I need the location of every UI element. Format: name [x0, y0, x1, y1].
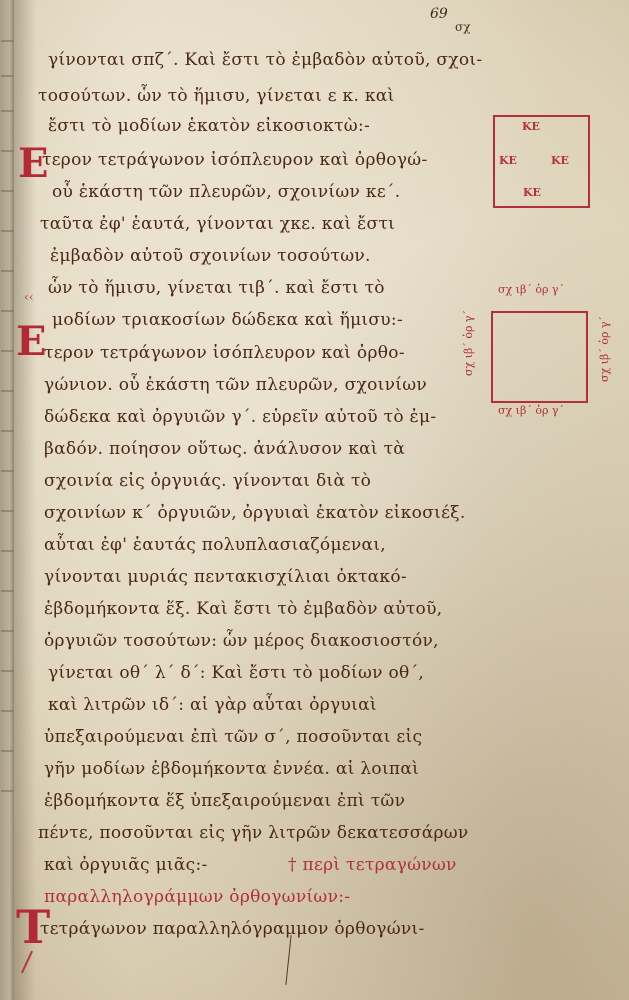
text-line-12: δώδεκα καὶ ὀργυιῶν γ΄. εὑρεῖν αὐτοῦ τὸ ἐ… — [44, 407, 436, 427]
text-line-24: ἑβδομήκοντα ἕξ ὑπεξαιρούμεναι ἐπὶ τῶν — [44, 791, 405, 811]
text-line-26: καὶ ὀργυιᾶς μιᾶς:- — [44, 855, 208, 875]
text-line-9: μοδίων τριακοσίων δώδεκα καὶ ἥμισυ:- — [52, 310, 403, 330]
square-diagram-12 — [491, 311, 588, 403]
text-line-18: ἑβδομήκοντα ἕξ. Καὶ ἔστι τὸ ἐμβαδὸν αὐτο… — [44, 599, 442, 619]
text-line-3: ἔστι τὸ μοδίων ἑκατὸν εἰκοσιοκτὼ:- — [48, 116, 370, 136]
text-line-19: ὀργυιῶν τοσούτων: ὧν μέρος διακοσιοστόν, — [44, 631, 439, 651]
text-line-10: τερον τετράγωνον ἰσόπλευρον καὶ ὀρθο- — [44, 343, 405, 363]
text-line-15: σχοινίων κ΄ ὀργυιῶν, ὀργυιαὶ ἑκατὸν εἰκο… — [44, 503, 466, 523]
diagram-1-label-top: ΚΕ — [522, 120, 540, 133]
text-line-6: ταῦτα ἐφ' ἑαυτά, γίνονται χκε. καὶ ἔστι — [40, 214, 395, 234]
text-line-5: οὗ ἑκάστη τῶν πλευρῶν, σχοινίων κε΄. — [52, 182, 400, 202]
text-line-23: γῆν μοδίων ἑβδομήκοντα ἐννέα. αἱ λοιπαὶ — [44, 759, 419, 779]
text-line-25: πέντε, ποσοῦνται εἰς γῆν λιτρῶν δεκατεσσ… — [38, 823, 469, 843]
text-line-13: βαδόν. ποίησον οὕτως. ἀνάλυσον καὶ τὰ — [44, 439, 405, 459]
diagram-2-label-right: σχ ιβ΄ ὀρ γ΄ — [598, 316, 611, 382]
rubric-heading-line-1: † περὶ τετραγώνων — [288, 855, 457, 875]
text-line-8: ὧν τὸ ἥμισυ, γίνεται τιβ΄. καὶ ἔστι τὸ — [48, 278, 385, 298]
diagram-2-label-top: σχ ιβ΄ ὀρ γ΄ — [498, 283, 564, 296]
text-line-22: ὑπεξαιρούμεναι ἐπὶ τῶν σ΄, ποσοῦνται εἰς — [44, 727, 422, 747]
diagram-1-label-right: ΚΕ — [551, 154, 569, 167]
text-line-4: τερον τετράγωνον ἰσόπλευρον καὶ ὀρθογώ- — [42, 150, 428, 170]
red-initial-tau: Τ — [16, 900, 50, 954]
text-line-7: ἐμβαδὸν αὐτοῦ σχοινίων τοσούτων. — [50, 246, 371, 266]
diagram-2-label-bottom: σχ ιβ΄ ὀρ γ΄ — [498, 404, 564, 417]
descender-stroke — [285, 935, 291, 985]
red-initial-epsilon-1: Ε — [18, 140, 49, 187]
text-line-final: τετράγωνον παραλληλόγραμμον ὀρθογώνι- — [40, 919, 425, 939]
text-line-2: τοσούτων. ὧν τὸ ἥμισυ, γίνεται ε κ. καὶ — [38, 86, 395, 106]
text-line-17: γίνονται μυριάς πεντακισχίλιαι ὀκτακό- — [44, 567, 407, 587]
text-line-1: γίνονται σπζ΄. Καὶ ἔστι τὸ ἐμβαδὸν αὐτοῦ… — [48, 50, 482, 70]
text-line-11: γώνιον. οὗ ἑκάστη τῶν πλευρῶν, σχοινίων — [44, 375, 427, 395]
diagram-1-label-bottom: ΚΕ — [523, 186, 541, 199]
text-line-16: αὗται ἐφ' ἑαυτάς πολυπλασιαζόμεναι, — [44, 535, 386, 555]
diagram-2-label-left: σχ ιβ΄ ὀρ γ΄ — [462, 310, 475, 376]
text-line-14: σχοινία εἰς ὀργυιάς. γίνονται διὰ τὸ — [44, 471, 371, 491]
red-initial-epsilon-2: Ε — [16, 318, 47, 365]
diagram-1-label-left: ΚΕ — [499, 154, 517, 167]
text-line-21: καὶ λιτρῶν ιδ΄: αἱ γὰρ αὗται ὀργυιαὶ — [48, 695, 377, 715]
margin-mark-1: ‹‹ — [24, 290, 34, 304]
text-line-20: γίνεται οθ΄ λ΄ δ΄: Καὶ ἔστι τὸ μοδίων οθ… — [48, 663, 424, 683]
rubric-heading-line-2: παραλληλογράμμων ὀρθογωνίων:- — [44, 887, 350, 907]
